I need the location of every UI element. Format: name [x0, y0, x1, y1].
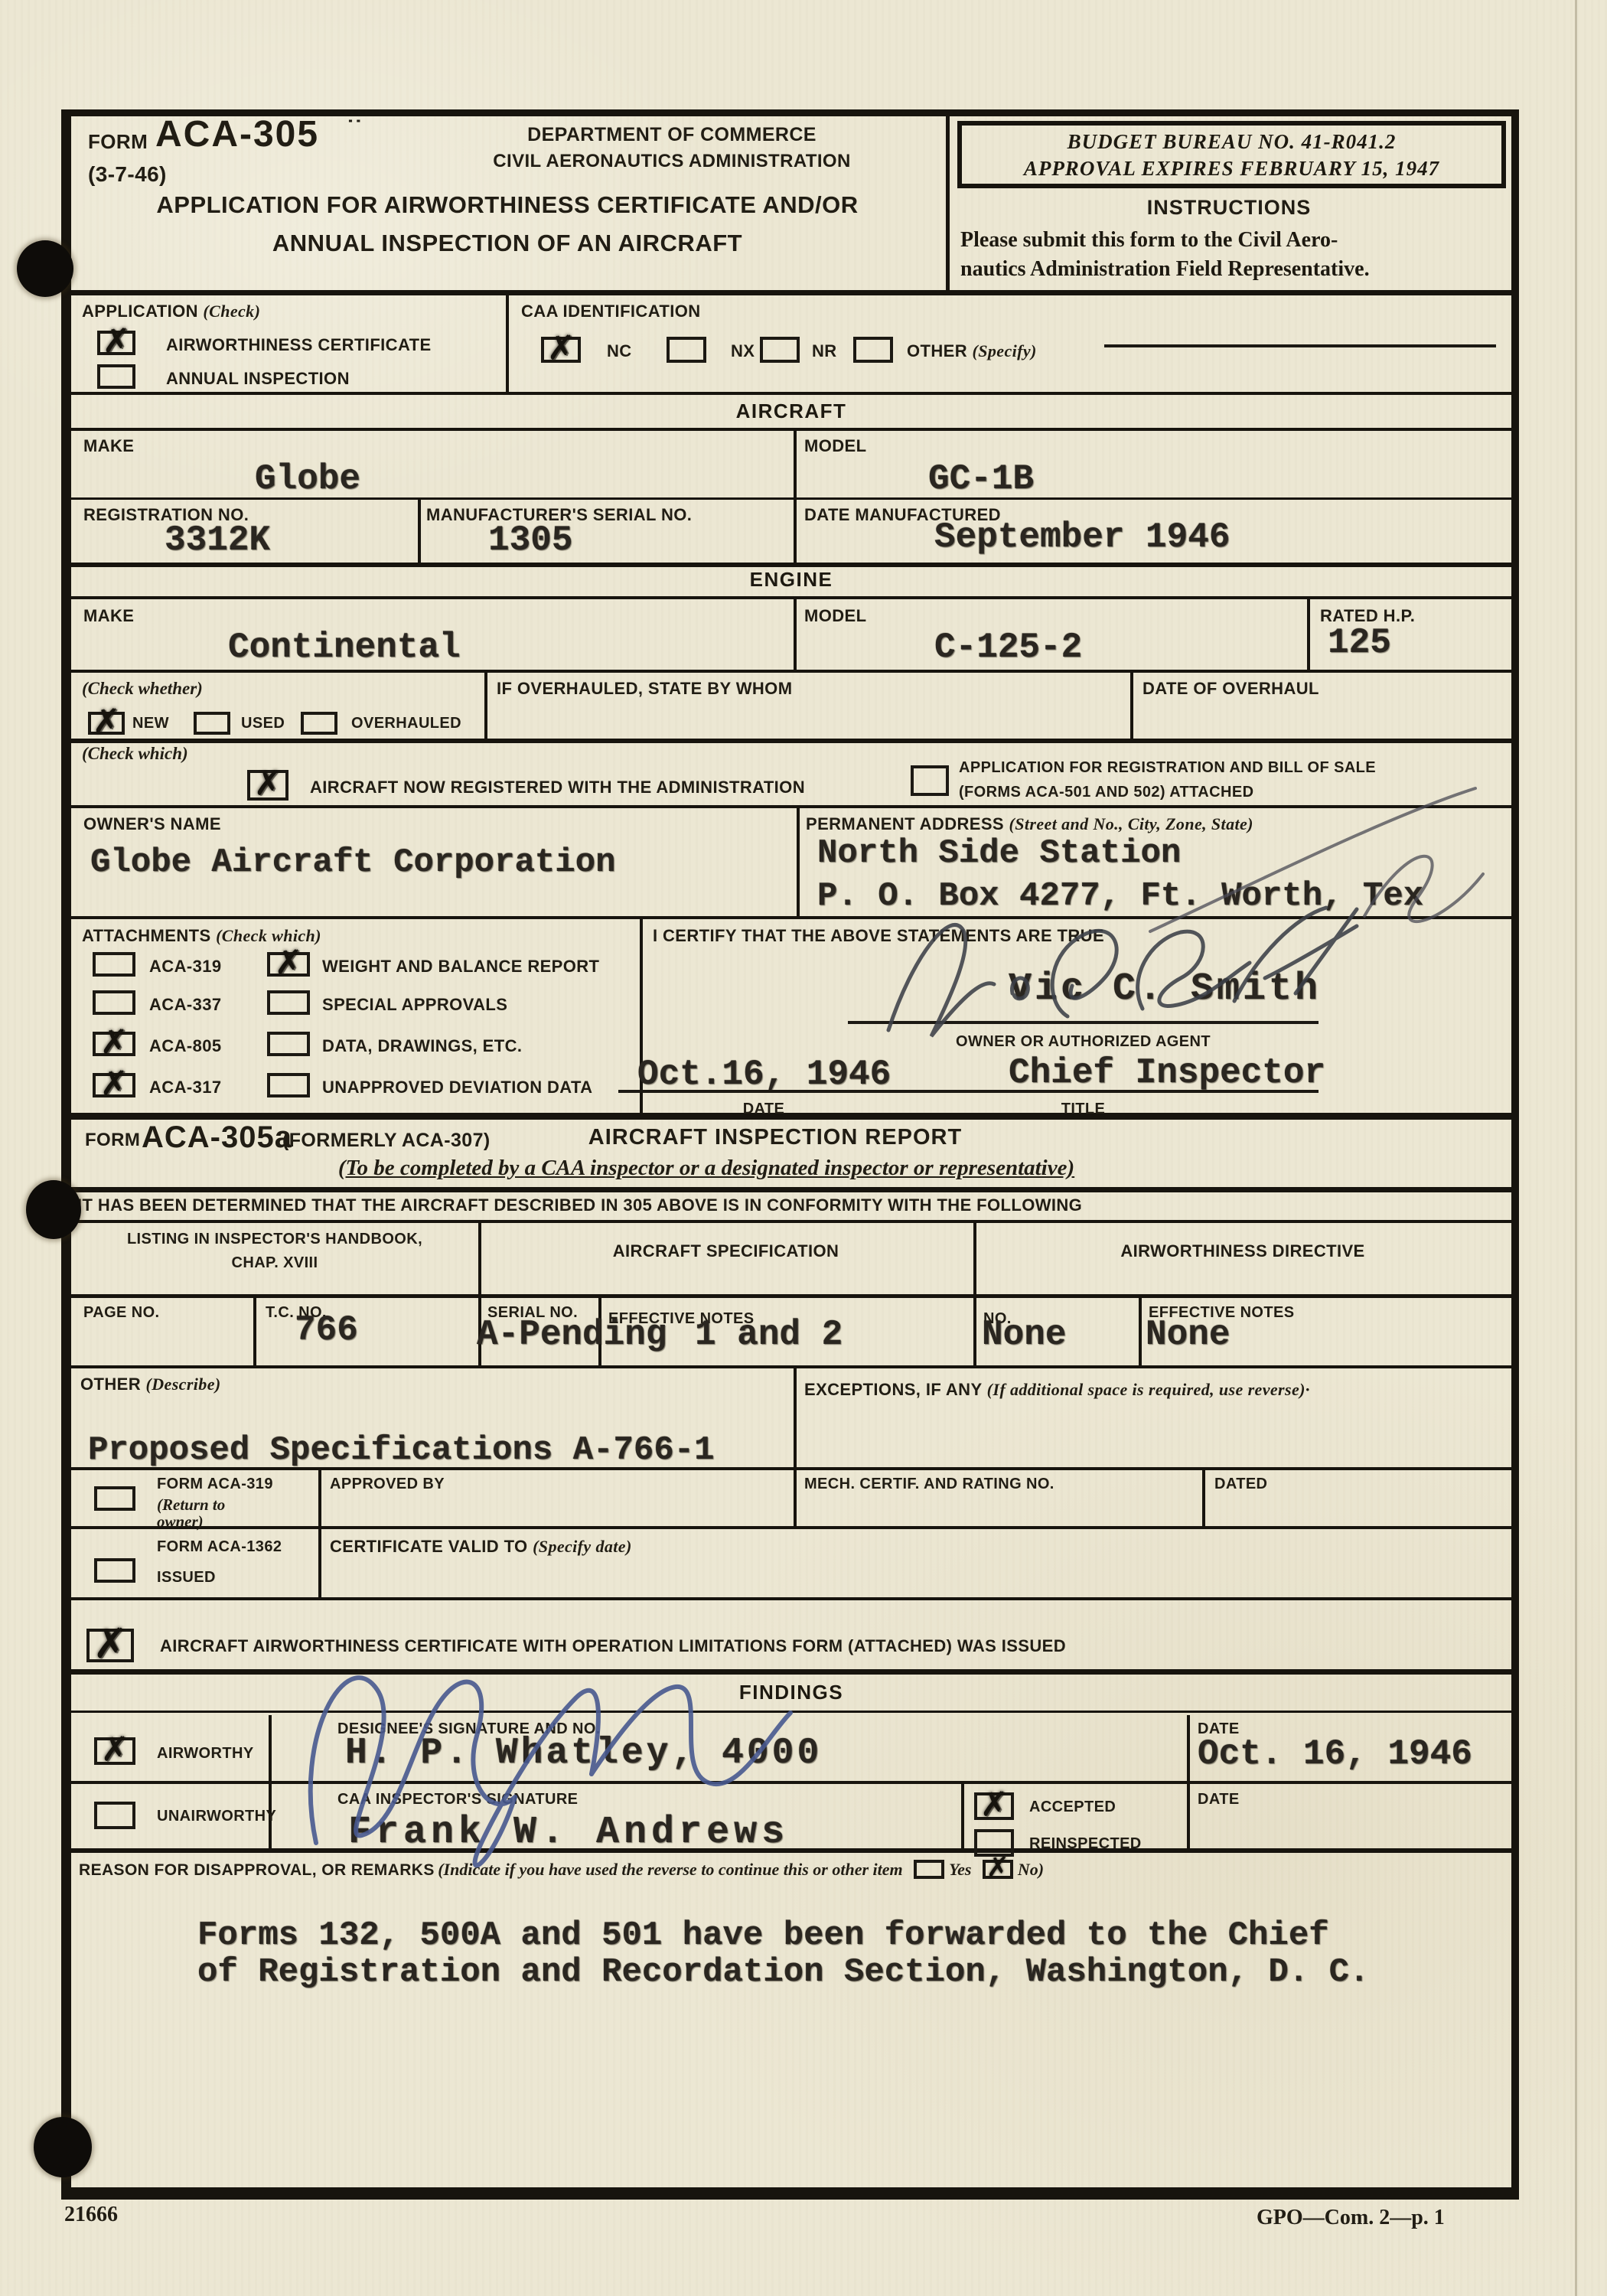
- aircraft-model-value: GC-1B: [928, 459, 1034, 499]
- nx-label: NX: [731, 341, 755, 361]
- airworthy-label: AIRWORTHY: [157, 1745, 254, 1763]
- directive-notes-value: None: [1146, 1315, 1230, 1355]
- aircraft-make-value: Globe: [255, 459, 360, 499]
- engine-make-value: Continental: [228, 628, 461, 667]
- rule: [318, 1529, 321, 1597]
- attachment-aca337-label: ACA-337: [149, 995, 222, 1015]
- application-hint: (Check): [203, 302, 260, 321]
- annual-inspection-label: ANNUAL INSPECTION: [166, 369, 350, 389]
- remarks-yes-checkbox[interactable]: [914, 1860, 944, 1879]
- title-caption-wrap: TITLE: [848, 1101, 1319, 1118]
- inspection-form-word: FORM: [85, 1130, 140, 1151]
- spec-header-wrap: AIRCRAFT SPECIFICATION: [478, 1241, 973, 1261]
- caa-identification-label: CAA IDENTIFICATION: [521, 302, 701, 321]
- owner-name-value: Globe Aircraft Corporation: [90, 843, 616, 882]
- directive-header-wrap: AIRWORTHINESS DIRECTIVE: [973, 1241, 1512, 1261]
- rule: [1187, 1784, 1190, 1848]
- other-describe-hint: (Describe): [146, 1375, 221, 1394]
- registered-label: AIRCRAFT NOW REGISTERED WITH THE ADMINIS…: [310, 778, 805, 797]
- certify-title-value: Chief Inspector: [1009, 1053, 1325, 1093]
- instructions-line1: Please submit this form to the Civil Aer…: [960, 228, 1370, 253]
- aircraft-make-label: MAKE: [83, 436, 134, 456]
- determination-statement: IT HAS BEEN DETERMINED THAT THE AIRCRAFT…: [77, 1195, 1082, 1215]
- other-id-hint: (Specify): [973, 341, 1037, 360]
- budget-bureau-box: BUDGET BUREAU NO. 41-R041.2 APPROVAL EXP…: [957, 121, 1506, 188]
- spec-header: AIRCRAFT SPECIFICATION: [613, 1241, 839, 1261]
- form-aca319-hint2: owner): [157, 1512, 204, 1531]
- rule: [253, 1298, 256, 1365]
- registered-checkbox[interactable]: [247, 770, 288, 801]
- rule: [973, 1298, 976, 1365]
- rule: [961, 1784, 964, 1848]
- accepted-label: ACCEPTED: [1029, 1799, 1116, 1816]
- rule: [794, 599, 797, 670]
- directive-header: AIRWORTHINESS DIRECTIVE: [1120, 1241, 1364, 1261]
- dated-label: DATED: [1214, 1476, 1267, 1493]
- form-aca319-label: FORM ACA-319: [157, 1476, 273, 1493]
- dept-line2: CIVIL AERONAUTICS ADMINISTRATION: [408, 151, 936, 172]
- form-aca319-checkbox[interactable]: [94, 1486, 135, 1511]
- unairworthy-checkbox[interactable]: [94, 1802, 135, 1829]
- date-manufactured-value: September 1946: [934, 517, 1230, 557]
- other-id-label: OTHER (Specify): [907, 341, 1037, 361]
- engine-section-title: ENGINE: [71, 568, 1511, 592]
- annual-inspection-checkbox[interactable]: [97, 364, 135, 389]
- airworthy-checkbox[interactable]: [94, 1737, 135, 1765]
- form-aca1362-checkbox[interactable]: [94, 1558, 135, 1583]
- overhaul-date-label: DATE OF OVERHAUL: [1143, 679, 1319, 699]
- nc-checkbox[interactable]: [541, 337, 581, 363]
- registration-value: 3312K: [165, 520, 270, 560]
- rule: [71, 1526, 1511, 1529]
- aircraft-model-label: MODEL: [804, 436, 866, 456]
- designee-signature-ink: [262, 1613, 813, 1889]
- attachment-aca319-checkbox[interactable]: [93, 952, 135, 977]
- rule: [1130, 673, 1133, 739]
- exceptions-label: EXCEPTIONS, IF ANY (If additional space …: [804, 1380, 1310, 1399]
- attachments-hint: (Check which): [216, 926, 321, 945]
- rule: [71, 670, 1511, 673]
- form-title: APPLICATION FOR AIRWORTHINESS CERTIFICAT…: [117, 191, 898, 257]
- rule: [418, 500, 421, 563]
- data-drawings-label: DATA, DRAWINGS, ETC.: [322, 1036, 522, 1056]
- attachment-aca319-label: ACA-319: [149, 957, 222, 977]
- gpo-imprint: GPO—Com. 2—p. 1: [1257, 2206, 1445, 2230]
- overhauled-by-label: IF OVERHAULED, STATE BY WHOM: [497, 679, 792, 699]
- budget-line1: BUDGET BUREAU NO. 41-R041.2: [962, 130, 1501, 154]
- nx-checkbox[interactable]: [667, 337, 706, 363]
- certificate-valid-hint: (Specify date): [533, 1537, 632, 1556]
- engine-used-label: USED: [241, 715, 285, 732]
- form-aca-305: FORM ACA-305 ˙˙ (3-7-46) DEPARTMENT OF C…: [61, 109, 1519, 2200]
- effective-notes-value: 1 and 2: [695, 1315, 843, 1355]
- rule: [71, 290, 1511, 295]
- handbook-header-line2: CHAP. XVIII: [71, 1254, 478, 1272]
- other-describe-value: Proposed Specifications A-766-1: [88, 1431, 715, 1469]
- form-title-line2: ANNUAL INSPECTION OF AN AIRCRAFT: [117, 230, 898, 257]
- attachment-aca805-checkbox[interactable]: [93, 1032, 135, 1056]
- instructions-title-wrap: INSTRUCTIONS: [946, 196, 1512, 220]
- engine-overhauled-checkbox[interactable]: [301, 712, 337, 735]
- rule: [1202, 1470, 1205, 1526]
- tc-no-value: 766: [295, 1310, 358, 1350]
- rule: [71, 1187, 1511, 1192]
- form-number: ACA-305: [155, 113, 319, 155]
- unapproved-deviation-label: UNAPPROVED DEVIATION DATA: [322, 1078, 592, 1097]
- remarks-no-label: No): [1018, 1860, 1044, 1879]
- other-describe-label: OTHER (Describe): [80, 1375, 221, 1394]
- engine-used-checkbox[interactable]: [194, 712, 230, 735]
- airworthiness-certificate-label: AIRWORTHINESS CERTIFICATE: [166, 335, 432, 355]
- scanned-document-page: FORM ACA-305 ˙˙ (3-7-46) DEPARTMENT OF C…: [0, 0, 1607, 2296]
- certify-date-value: Oct.16, 1946: [637, 1055, 891, 1094]
- unapproved-deviation-checkbox[interactable]: [267, 1073, 310, 1097]
- engine-make-label: MAKE: [83, 606, 134, 626]
- nr-label: NR: [812, 341, 837, 361]
- rule: [318, 1470, 321, 1526]
- inspection-form-number: ACA-305a: [142, 1120, 292, 1155]
- airworthiness-certificate-checkbox[interactable]: [97, 331, 135, 355]
- rule: [797, 808, 800, 916]
- rule: [71, 739, 1511, 743]
- engine-new-checkbox[interactable]: [88, 712, 125, 735]
- handbook-header: LISTING IN INSPECTOR'S HANDBOOK, CHAP. X…: [71, 1231, 478, 1272]
- inspection-title-wrap: AIRCRAFT INSPECTION REPORT: [438, 1125, 1112, 1150]
- serial-value: 1305: [488, 520, 572, 560]
- accepted-checkbox[interactable]: [974, 1792, 1014, 1820]
- certificate-issued-checkbox[interactable]: [86, 1629, 134, 1662]
- unairworthy-label: UNAIRWORTHY: [157, 1808, 276, 1825]
- aircraft-section-title: AIRCRAFT: [71, 400, 1511, 423]
- exceptions-label-wrap: EXCEPTIONS, IF ANY (If additional space …: [804, 1375, 1502, 1405]
- reinspected-label: REINSPECTED: [1029, 1835, 1142, 1853]
- mech-certif-label: MECH. CERTIF. AND RATING NO.: [804, 1476, 1054, 1493]
- print-code: 21666: [64, 2203, 118, 2227]
- punch-hole: [26, 1180, 81, 1239]
- exceptions-hint: (If additional space is required, use re…: [987, 1380, 1310, 1399]
- bill-of-sale-checkbox[interactable]: [911, 765, 949, 796]
- rule: [71, 1294, 1511, 1298]
- rule: [794, 1368, 797, 1467]
- attachment-aca337-checkbox[interactable]: [93, 990, 135, 1015]
- application-label: APPLICATION (Check): [82, 302, 260, 321]
- rule: [794, 1470, 797, 1526]
- weight-balance-checkbox[interactable]: [267, 952, 310, 977]
- check-whether-label: (Check whether): [82, 679, 203, 699]
- other-id-checkbox[interactable]: [853, 337, 893, 363]
- instructions-line2: nautics Administration Field Representat…: [960, 257, 1370, 282]
- inspection-title: AIRCRAFT INSPECTION REPORT: [588, 1125, 962, 1150]
- certificate-valid-label: CERTIFICATE VALID TO (Specify date): [330, 1537, 632, 1557]
- special-approvals-label: SPECIAL APPROVALS: [322, 995, 507, 1015]
- nr-checkbox[interactable]: [760, 337, 800, 363]
- approved-by-label: APPROVED BY: [330, 1476, 445, 1493]
- rule: [71, 1597, 1511, 1600]
- nc-label: NC: [607, 341, 632, 361]
- remarks-no-checkbox[interactable]: [983, 1860, 1013, 1879]
- punch-hole: [17, 240, 73, 297]
- data-drawings-checkbox[interactable]: [267, 1032, 310, 1056]
- form-date: (3-7-46): [88, 162, 167, 187]
- title-line: [848, 1090, 1319, 1093]
- rule: [506, 295, 509, 392]
- handbook-header-line1: LISTING IN INSPECTOR'S HANDBOOK,: [71, 1231, 478, 1248]
- form-title-line1: APPLICATION FOR AIRWORTHINESS CERTIFICAT…: [117, 191, 898, 219]
- date-caption: DATE: [743, 1101, 785, 1117]
- directive-no-value: None: [982, 1315, 1066, 1355]
- other-id-blank[interactable]: [1104, 344, 1496, 347]
- attachment-aca805-label: ACA-805: [149, 1036, 222, 1056]
- rule: [71, 1220, 1511, 1223]
- form-word: FORM: [88, 130, 148, 154]
- budget-line2: APPROVAL EXPIRES FEBRUARY 15, 1947: [962, 157, 1501, 181]
- findings-date-value: Oct. 16, 1946: [1198, 1734, 1472, 1774]
- rule: [1139, 1298, 1142, 1365]
- attachment-aca317-checkbox[interactable]: [93, 1073, 135, 1097]
- instructions-body: Please submit this form to the Civil Aer…: [960, 228, 1370, 282]
- owner-name-label: OWNER'S NAME: [83, 814, 221, 834]
- title-caption: TITLE: [1061, 1101, 1106, 1117]
- inspection-subtitle-wrap: (To be completed by a CAA inspector or a…: [71, 1156, 1341, 1181]
- owner-address-line1: North Side Station: [817, 834, 1181, 872]
- rule: [1187, 1715, 1190, 1781]
- weight-balance-label: WEIGHT AND BALANCE REPORT: [322, 957, 599, 977]
- remarks-yes-label: Yes: [949, 1860, 971, 1879]
- rule: [71, 392, 1511, 395]
- inspection-subtitle: (To be completed by a CAA inspector or a…: [338, 1156, 1074, 1180]
- remarks-body-line1: Forms 132, 500A and 501 have been forwar…: [197, 1916, 1329, 1955]
- findings-date2-label: DATE: [1198, 1791, 1240, 1808]
- attachment-aca317-label: ACA-317: [149, 1078, 222, 1097]
- address-overlap-ink: [1135, 775, 1502, 939]
- rule: [794, 431, 797, 563]
- special-approvals-checkbox[interactable]: [267, 990, 310, 1015]
- rule: [71, 596, 1511, 599]
- page-no-label: PAGE NO.: [83, 1304, 160, 1322]
- issued-label: ISSUED: [157, 1569, 216, 1587]
- rule: [71, 428, 1511, 431]
- rule: [484, 673, 487, 739]
- engine-overhauled-label: OVERHAULED: [351, 715, 461, 732]
- rule: [71, 563, 1511, 567]
- form-aca1362-label: FORM ACA-1362: [157, 1538, 282, 1556]
- engine-model-value: C-125-2: [934, 628, 1082, 667]
- check-which-label: (Check which): [82, 744, 188, 764]
- remarks-body-line2: of Registration and Recordation Section,…: [197, 1953, 1369, 1991]
- engine-model-label: MODEL: [804, 606, 866, 626]
- rated-hp-value: 125: [1328, 623, 1391, 663]
- rule: [71, 1365, 1511, 1368]
- punch-hole: [34, 2117, 92, 2177]
- stray-marks: ˙˙: [347, 116, 363, 142]
- instructions-title: INSTRUCTIONS: [1147, 196, 1312, 219]
- rule: [1307, 599, 1310, 670]
- dept-line1: DEPARTMENT OF COMMERCE: [408, 124, 936, 146]
- paper-edge: [1575, 0, 1577, 2296]
- engine-new-label: NEW: [132, 715, 169, 732]
- department-heading: DEPARTMENT OF COMMERCE CIVIL AERONAUTICS…: [408, 124, 936, 172]
